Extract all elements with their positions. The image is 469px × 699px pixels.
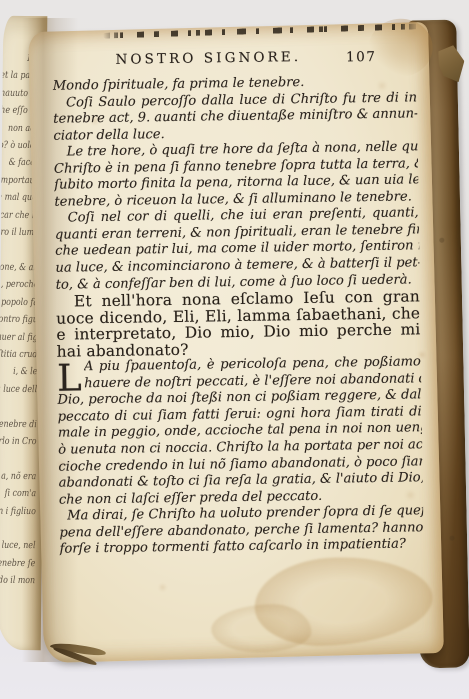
water-stain-small <box>211 603 312 654</box>
drop-cap: L <box>57 362 84 396</box>
page-number: 107 <box>346 49 377 65</box>
paragraph: LA piu ſpauentoſa, è pericoloſa pena, ch… <box>57 355 423 509</box>
facing-page-line <box>0 398 39 416</box>
photo-of-open-book: { "colors":{ "backdrop":"#e5e3e2", "pape… <box>0 0 469 699</box>
foxing-spots <box>28 32 33 37</box>
facing-page-line <box>0 450 39 468</box>
facing-page-line: cnerlo in Cro <box>0 433 39 451</box>
facing-page-line: non i figliuo <box>0 502 38 520</box>
paragraph: Coſi nel cor di quelli, che iui eran pre… <box>55 206 420 294</box>
paragraph: Le tre hore, ò quaſi tre hore da ſeſta à… <box>54 140 419 212</box>
facing-page-line: hauer al fig <box>0 328 40 346</box>
text-block: NOSTRO SIGNORE. 107 Mondo ſpirituale, fa… <box>52 47 423 558</box>
facing-page-line <box>0 520 38 538</box>
facing-page-line: i, & le <box>0 363 40 381</box>
facing-page-line: ſi com'a <box>0 485 39 503</box>
facing-page-line: lle tenebre di <box>0 415 39 433</box>
facing-page-line: lle tenebre ſe <box>0 555 38 573</box>
facing-page-line: a la luce dell <box>0 380 40 398</box>
facing-page-line: ſſe la luce, nel <box>0 537 38 555</box>
paragraph: Coſi Saulo percoſſo dalla luce di Chriſt… <box>53 90 418 145</box>
body-text: Mondo ſpirituale, fa prima le tenebre.Co… <box>53 73 424 558</box>
page-header: NOSTRO SIGNORE. 107 <box>52 47 416 73</box>
facing-page-line: ciando il mon <box>0 572 38 590</box>
paragraph: Ma dirai, ſe Chriſto ha uoluto prender ſ… <box>59 503 424 558</box>
paragraph: Et nell'hora nona eſclamo Ieſu con granu… <box>56 288 421 360</box>
facing-page-line: a, nõ era <box>0 468 39 486</box>
facing-page-line: giuſtitia crud <box>0 346 40 364</box>
